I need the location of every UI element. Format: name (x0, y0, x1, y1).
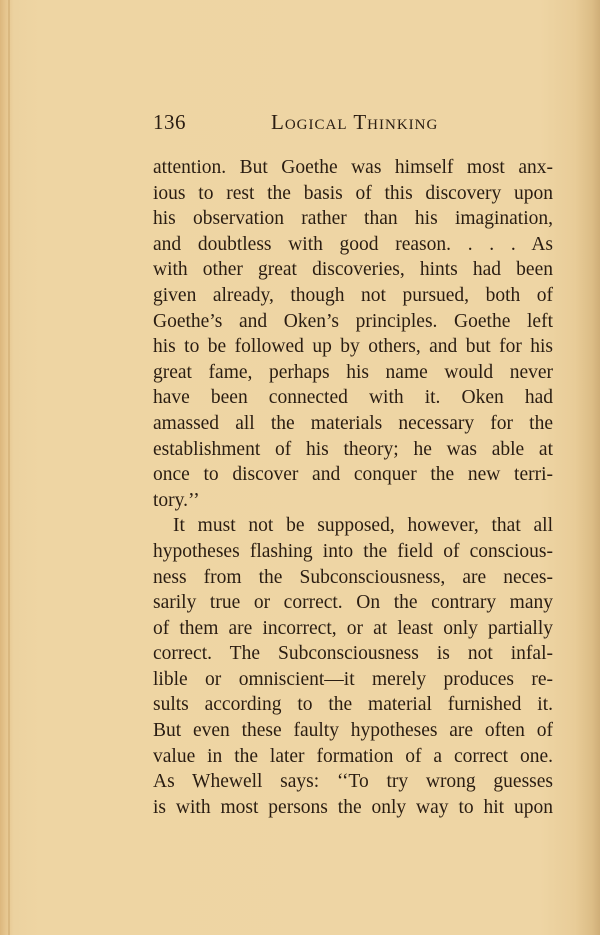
text-line: value in the later formation of a correc… (153, 744, 553, 770)
text-line: have been connected with it. Oken had (153, 385, 553, 411)
text-line: amassed all the materials necessary for … (153, 411, 553, 437)
text-line: As Whewell says: ‘‘To try wrong guesses (153, 769, 553, 795)
text-line: great fame, perhaps his name would never (153, 360, 553, 386)
paragraph-start-line: It must not be supposed, however, that a… (153, 513, 553, 539)
text-line: sarily true or correct. On the contrary … (153, 590, 553, 616)
text-line: of them are incorrect, or at least only … (153, 616, 553, 642)
text-line: with other great discoveries, hints had … (153, 257, 553, 283)
paragraph-end-line: tory.’’ (153, 488, 553, 514)
running-head: 136 Logical Thinking (153, 110, 553, 140)
text-line: ness from the Subconsciousness, are nece… (153, 565, 553, 591)
text-line: once to discover and conquer the new ter… (153, 462, 553, 488)
book-page: 136 Logical Thinking attention. But Goet… (0, 0, 600, 935)
text-line: Goethe’s and Oken’s principles. Goethe l… (153, 309, 553, 335)
text-line: correct. The Subconsciousness is not inf… (153, 641, 553, 667)
text-line: But even these faulty hypotheses are oft… (153, 718, 553, 744)
text-line: establishment of his theory; he was able… (153, 437, 553, 463)
running-title: Logical Thinking (271, 110, 438, 135)
text-line: his to be followed up by others, and but… (153, 334, 553, 360)
text-line: hypotheses flashing into the field of co… (153, 539, 553, 565)
text-line: and doubtless with good reason. . . . As (153, 232, 553, 258)
text-line: lible or omniscient—it merely produces r… (153, 667, 553, 693)
text-line: his observation rather than his imaginat… (153, 206, 553, 232)
page-gutter-edge (8, 0, 10, 935)
text-line: ious to rest the basis of this discovery… (153, 181, 553, 207)
page-number: 136 (153, 110, 186, 135)
text-line: given already, though not pursued, both … (153, 283, 553, 309)
text-line: attention. But Goethe was himself most a… (153, 155, 553, 181)
text-line: is with most persons the only way to hit… (153, 795, 553, 821)
body-text: attention. But Goethe was himself most a… (153, 155, 553, 820)
text-line: sults according to the material furnishe… (153, 692, 553, 718)
